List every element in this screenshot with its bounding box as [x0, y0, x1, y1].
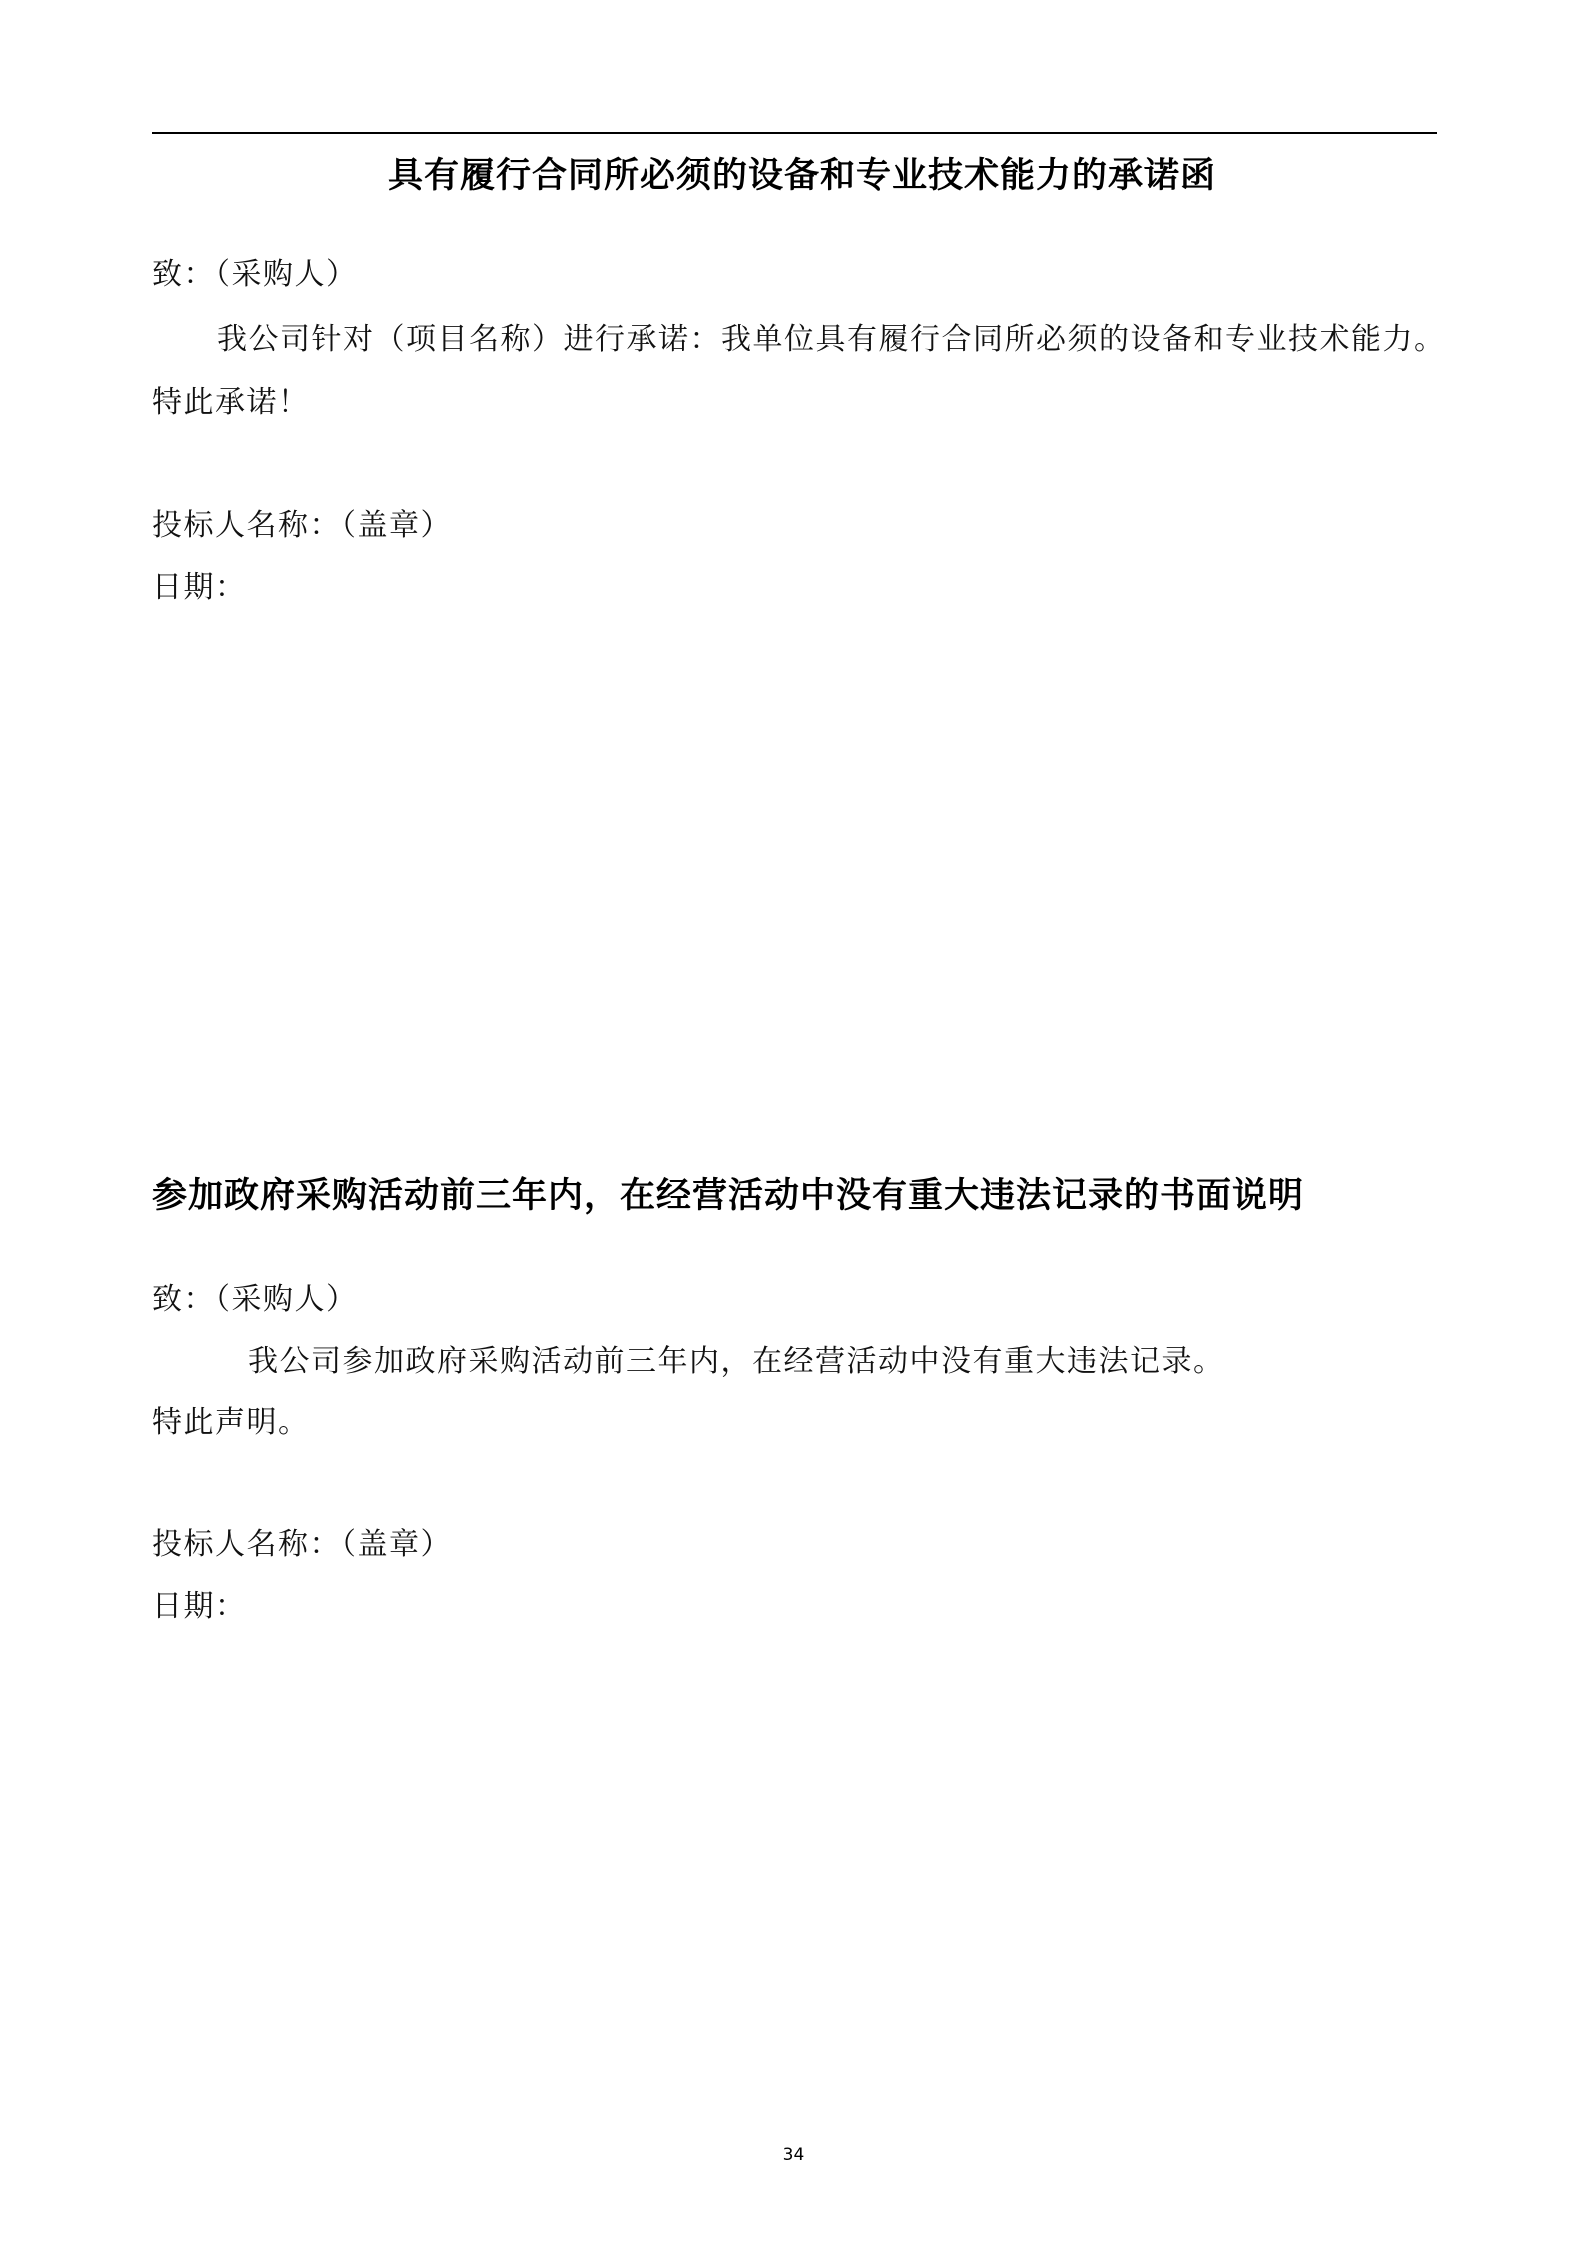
section2-bidder-label: 投标人名称：（盖章）	[152, 1525, 452, 1565]
section1-body: 我公司针对（项目名称）进行承诺：我单位具有履行合同所必须的设备和专业技术能力。	[217, 320, 1446, 360]
section1-title: 具有履行合同所必须的设备和专业技术能力的承诺函	[388, 154, 1216, 198]
page-number: 34	[0, 2145, 1587, 2165]
section2-body: 我公司参加政府采购活动前三年内，在经营活动中没有重大违法记录。	[248, 1342, 1225, 1382]
document-page: 具有履行合同所必须的设备和专业技术能力的承诺函 致：（采购人） 我公司针对（项目…	[0, 0, 1587, 2245]
section1-addressee: 致：（采购人）	[152, 255, 358, 295]
section2-title: 参加政府采购活动前三年内，在经营活动中没有重大违法记录的书面说明	[152, 1174, 1304, 1218]
section1-bidder-label: 投标人名称：（盖章）	[152, 506, 452, 546]
section1-closing: 特此承诺！	[152, 383, 310, 423]
section2-addressee: 致：（采购人）	[152, 1280, 358, 1320]
section1-date-label: 日期：	[152, 568, 247, 608]
section2-date-label: 日期：	[152, 1587, 247, 1627]
section2-closing: 特此声明。	[152, 1403, 310, 1443]
header-rule	[152, 132, 1437, 134]
